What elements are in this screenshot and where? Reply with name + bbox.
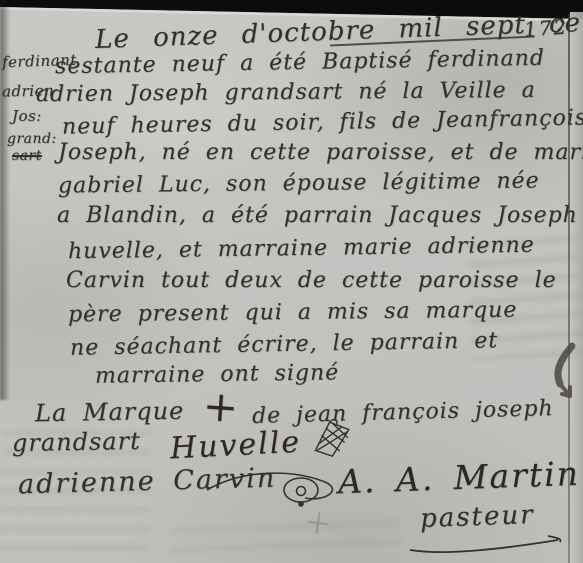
faint-cross-stain — [307, 511, 330, 536]
body-line-7: a Blandin, a été parrain Jacques Joseph — [57, 203, 578, 228]
ink-blot-right — [532, 342, 582, 404]
pastor-title: pasteur — [420, 500, 535, 534]
signature-grandsart: grandsart — [12, 427, 141, 457]
margin-note-name-4: grand: — [7, 131, 57, 147]
pasteur-underline-flourish — [408, 532, 568, 558]
body-line-9: Carvin tout deux de cette paroisse le — [66, 268, 557, 293]
margin-note-name-3: Jos: — [12, 107, 42, 125]
body-line-8: huvelle, et marraine marie adrienne — [68, 233, 535, 265]
body-line-5: Joseph, né en cette paroisse, et de mari… — [58, 140, 583, 165]
body-line-4: neuf heures du soir, fils de Jeanfrançoi… — [62, 105, 583, 139]
body-line-11: ne séachant écrire, le parrain et — [70, 328, 498, 360]
body-line-10: père present qui a mis sa marque — [68, 298, 518, 328]
body-line-6: gabriel Luc, son épouse légitime née — [58, 168, 540, 198]
marque-label: La Marque — [35, 397, 185, 428]
ink-bleedthrough-bottom — [170, 515, 400, 560]
baptism-record-page: 172 ferdinant adrien Jos: grand: sart Le… — [0, 0, 583, 563]
body-line-3: adrien Joseph grandsart né la Veille a — [36, 78, 536, 107]
marque-cross-icon: + — [201, 381, 241, 432]
carvin-paraph-spiral-icon — [205, 460, 345, 510]
huvelle-paraph-hatch-icon — [305, 415, 358, 463]
signature-martin: A. A. Martin — [337, 454, 580, 501]
margin-note-name-5: sart — [12, 148, 42, 164]
